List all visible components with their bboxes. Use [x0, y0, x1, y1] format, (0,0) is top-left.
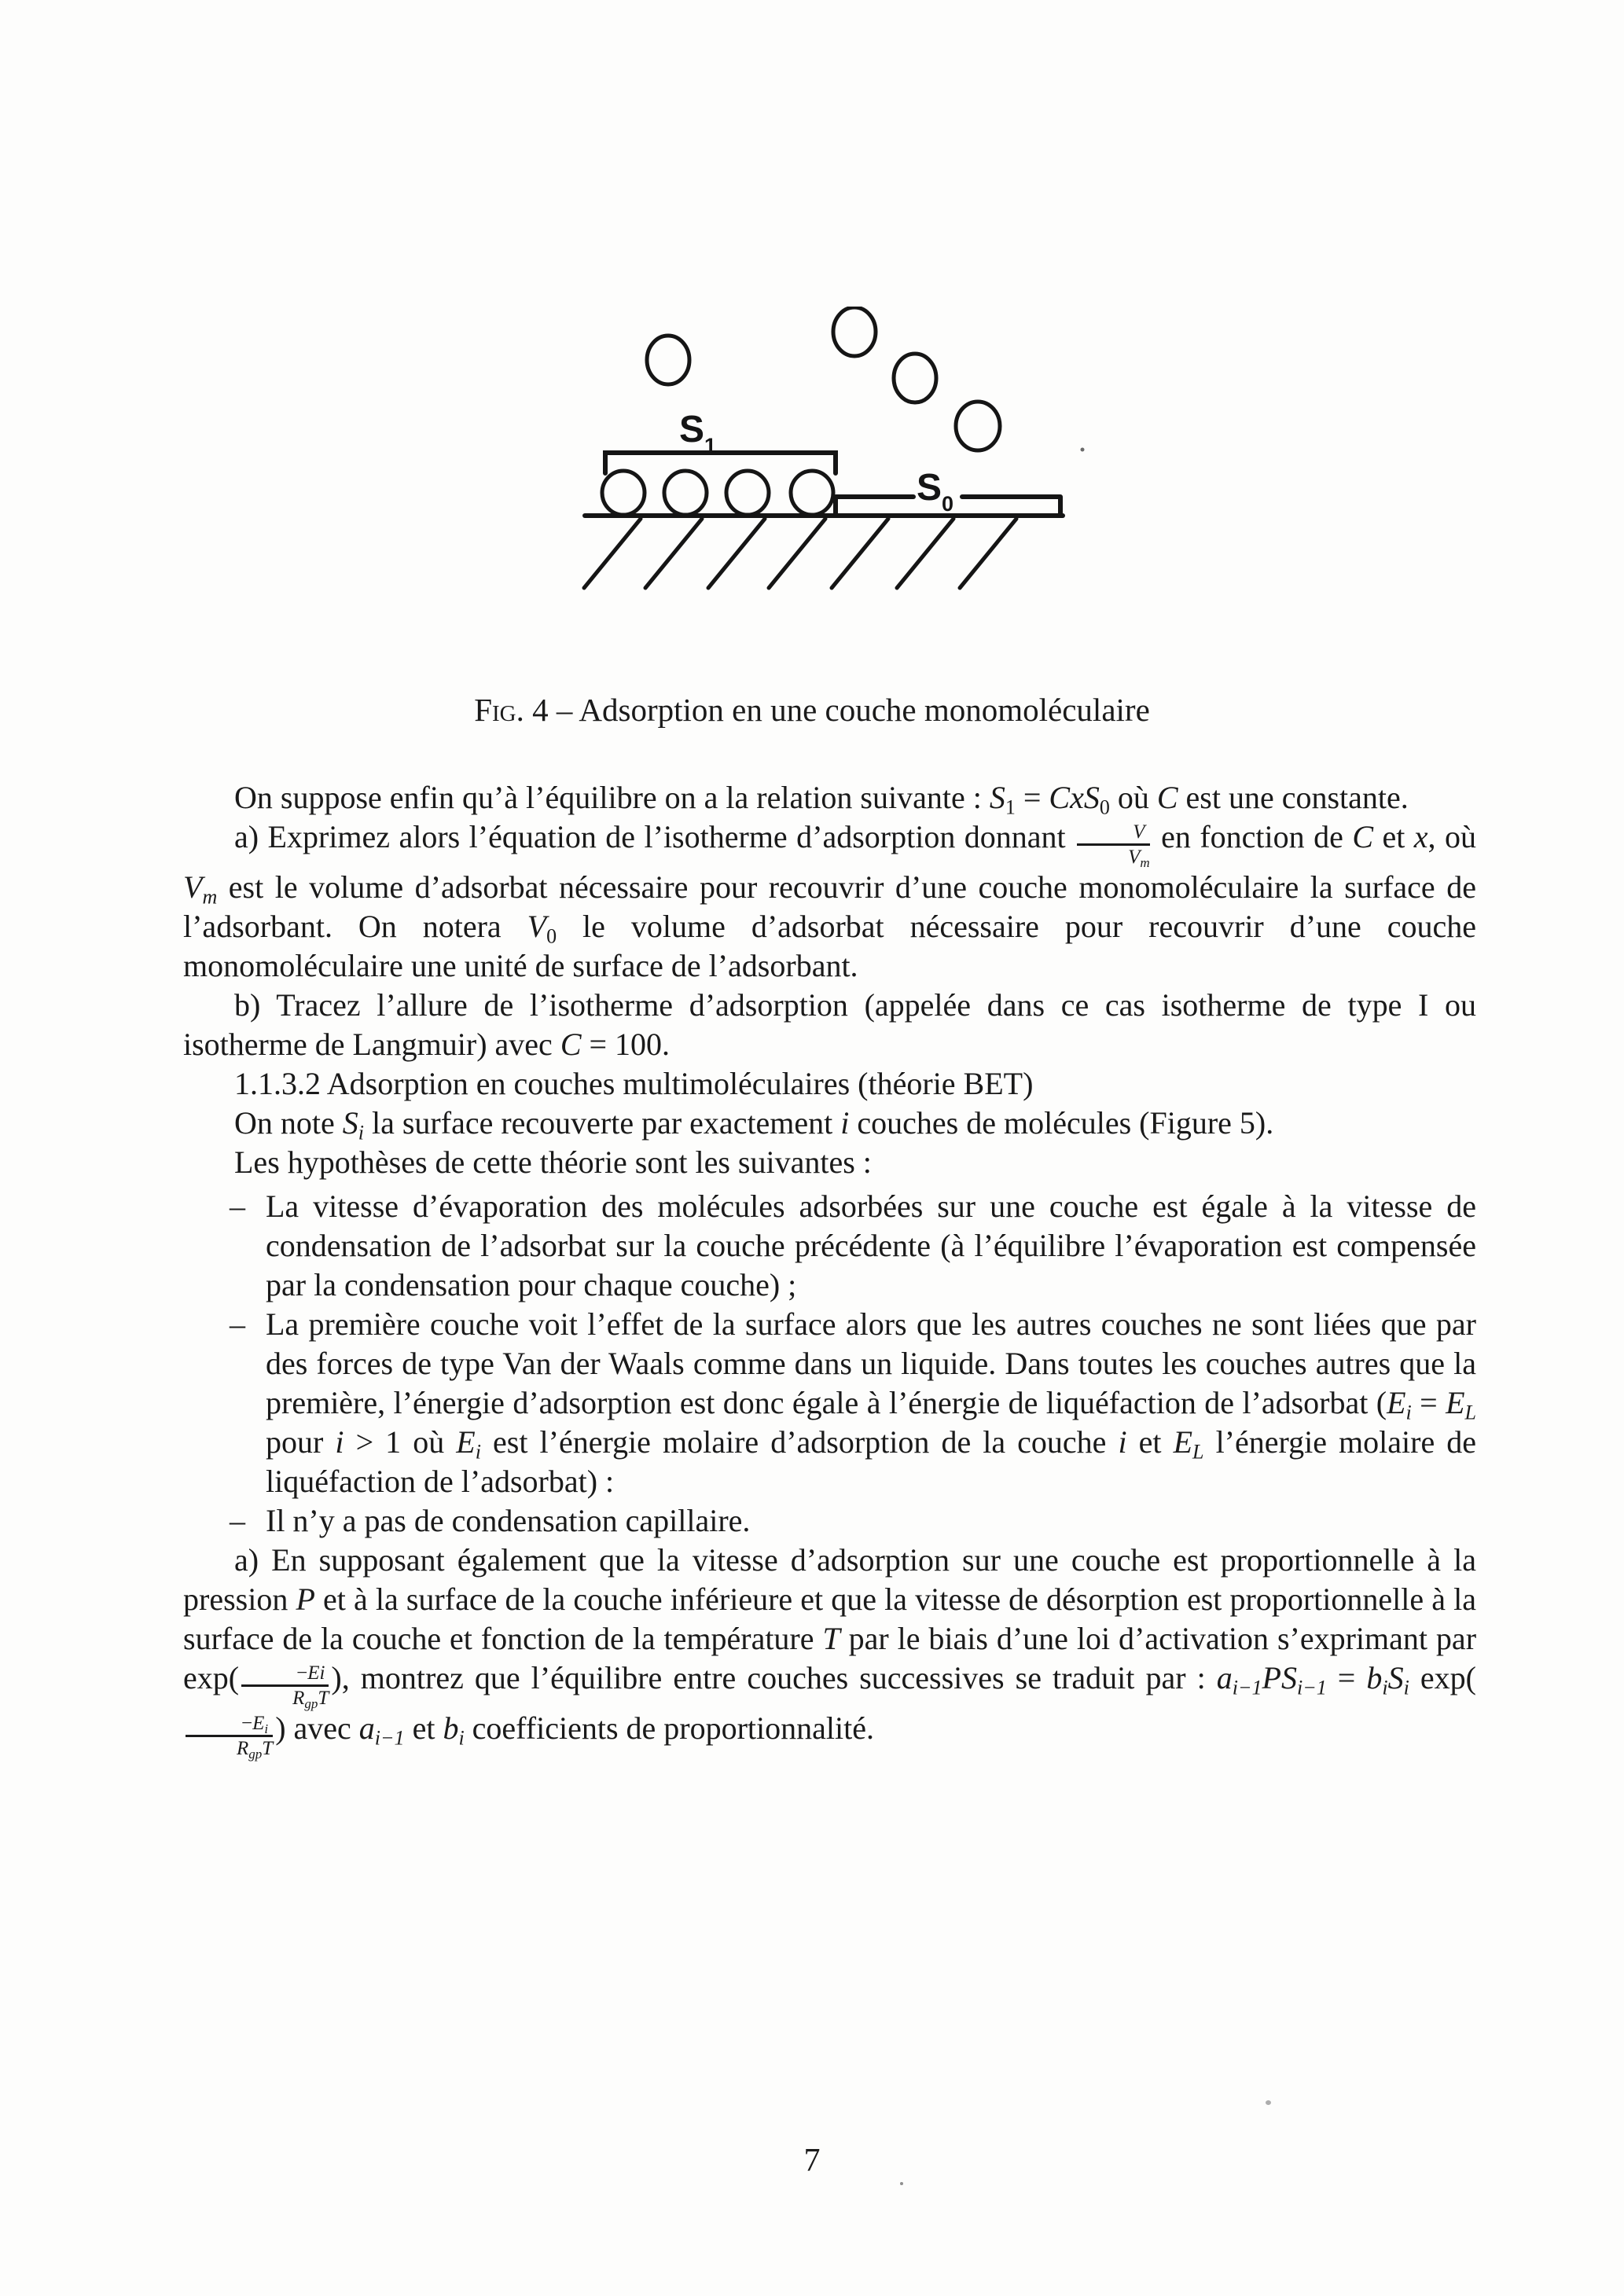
- hypothesis-text: La vitesse d’évaporation des molécules a…: [266, 1187, 1476, 1305]
- page-number: 7: [0, 2141, 1624, 2180]
- figure-caption: Fig. 4 – Adsorption en une couche monomo…: [0, 690, 1624, 729]
- s1-label: S1: [679, 409, 716, 457]
- hypotheses-intro: Les hypothèses de cette théorie sont les…: [183, 1143, 1476, 1182]
- molecule-icon: [894, 354, 936, 402]
- hypothesis-text: La première couche voit l’effet de la su…: [266, 1305, 1476, 1501]
- section-heading: 1.1.3.2 Adsorption en couches multimoléc…: [183, 1064, 1476, 1104]
- body-text: On suppose enfin qu’à l’équilibre on a l…: [183, 778, 1476, 1759]
- molecule-icon: [791, 471, 833, 515]
- figure-adsorption-monolayer: S1 S0: [582, 307, 1085, 597]
- scan-speck: [900, 2182, 903, 2185]
- question-a2: a) En supposant également que la vitesse…: [183, 1541, 1476, 1759]
- list-item: – La première couche voit l’effet de la …: [230, 1305, 1476, 1501]
- caption-title: Adsorption en une couche monomoléculaire: [579, 692, 1149, 728]
- note-si: On note Si la surface recouverte par exa…: [183, 1104, 1476, 1143]
- adsorbed-molecule-circles: [602, 471, 833, 515]
- molecule-icon: [647, 336, 689, 384]
- dash-bullet: –: [230, 1305, 266, 1501]
- list-item: – Il n’y a pas de condensation capillair…: [230, 1501, 1476, 1541]
- paragraph-equilibre: On suppose enfin qu’à l’équilibre on a l…: [183, 778, 1476, 817]
- s0-label: S0: [917, 467, 953, 516]
- list-item: – La vitesse d’évaporation des molécules…: [230, 1187, 1476, 1305]
- hypothesis-text: Il n’y a pas de condensation capillaire.: [266, 1501, 1476, 1541]
- s1-bracket: [605, 453, 836, 473]
- molecule-icon: [726, 471, 769, 515]
- scan-speck: [1266, 2100, 1271, 2105]
- question-a1: a) Exprimez alors l’équation de l’isothe…: [183, 817, 1476, 986]
- question-b: b) Tracez l’allure de l’isotherme d’adso…: [183, 986, 1476, 1064]
- scan-speck: [1081, 448, 1085, 452]
- molecule-icon: [664, 471, 707, 515]
- dash-bullet: –: [230, 1501, 266, 1541]
- molecule-icon: [956, 402, 1000, 450]
- molecule-icon: [602, 471, 645, 515]
- document-page: S1 S0 Fig. 4 – Adsorption en une couche …: [0, 0, 1624, 2296]
- hatch-lines: [584, 519, 1016, 588]
- caption-separator: –: [549, 692, 579, 728]
- dash-bullet: –: [230, 1187, 266, 1305]
- molecule-icon: [833, 307, 876, 356]
- hypotheses-list: – La vitesse d’évaporation des molécules…: [183, 1187, 1476, 1541]
- caption-label: Fig. 4: [474, 692, 548, 728]
